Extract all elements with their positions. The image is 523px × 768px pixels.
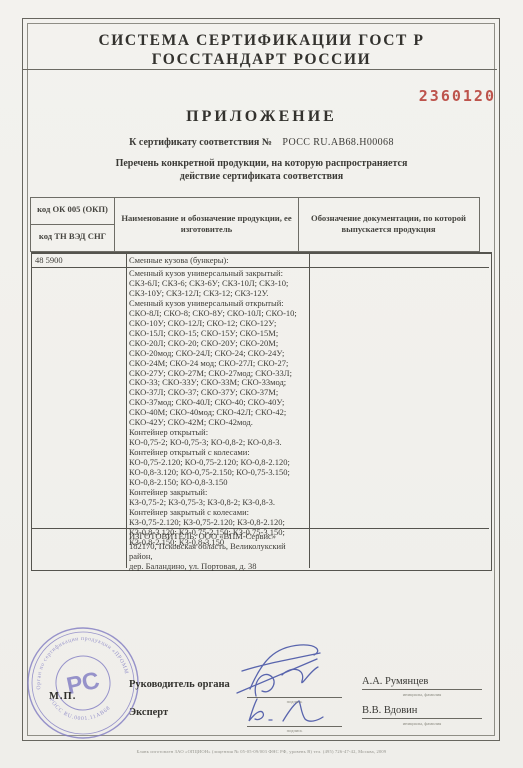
product-section: Сменный кузов универсальный закрытый:СКЗ… [129, 269, 307, 299]
product-section: Контейнер открытый с колесами:КО-0,75-2.… [129, 448, 307, 488]
manufacturer-line1: ИЗГОТОВИТЕЛЬ: ООО «ВПМ-Сервис» [129, 531, 307, 541]
product-section: Контейнер открытый:КО-0,75-2; КО-0,75-3;… [129, 428, 307, 448]
expert-label: Эксперт [129, 707, 168, 718]
subtitle-line2: действие сертификата соответствия [0, 170, 523, 183]
product-list-subtitle: Перечень конкретной продукции, на котору… [0, 157, 523, 183]
form-printer-fine-print: Бланк изготовлен ЗАО «ОПЦИОН» (лицензия … [0, 749, 523, 754]
table-header: код ОК 005 (ОКП) код ТН ВЭД СНГ Наименов… [30, 197, 480, 252]
org-title-line1: СИСТЕМА СЕРТИФИКАЦИИ ГОСТ Р [0, 31, 523, 50]
column-header-product-name: Наименование и обозначение продукции, ее… [117, 213, 296, 234]
expert-signature-caption: подпись [247, 728, 342, 733]
expert-name-caption: инициалы, фамилия [362, 721, 482, 726]
seal-place-label: М.П. [49, 691, 76, 702]
form-serial-number: 2360120 [419, 87, 496, 105]
certificate-number: РОСС RU.АВ68.Н00068 [282, 137, 393, 148]
manufacturer-cell: ИЗГОТОВИТЕЛЬ: ООО «ВПМ-Сервис» 182170, П… [129, 531, 307, 571]
head-signature-line [247, 697, 342, 698]
column-header-documentation: Обозначение документации, по которой вып… [301, 213, 476, 234]
header-column-divider-2 [298, 198, 299, 251]
okp-code-value: 48 5900 [35, 255, 123, 265]
product-table: 48 5900 Сменные кузова (бункеры): Сменны… [31, 252, 492, 571]
code-column-divider [31, 224, 114, 225]
column-header-tnved-code: код ТН ВЭД СНГ [32, 231, 113, 242]
table-column-divider-1 [126, 254, 127, 568]
manufacturer-line2: 182170, Псковская область, Великолукский… [129, 541, 307, 561]
head-name: А.А. Румянцев [362, 676, 482, 690]
certificate-reference-line: К сертификату соответствия № РОСС RU.АВ6… [0, 137, 523, 148]
header-divider [23, 69, 497, 70]
product-group-title: Сменные кузова (бункеры): [129, 255, 307, 265]
product-models: СКО-8Л; СКО-8; СКО-8У; СКО-10Л; СКО-10; … [129, 309, 307, 428]
org-title-line2: ГОССТАНДАРТ РОССИИ [0, 50, 523, 69]
table-column-divider-2 [309, 254, 310, 568]
head-signature-caption: подпись [247, 699, 342, 704]
product-section: Сменный кузов универсальный открытый:СКО… [129, 299, 307, 428]
product-models: КО-0,75-2.120; КО-0,75-2.120; КО-0,8-2.1… [129, 458, 307, 488]
certificate-reference-label: К сертификату соответствия № [129, 137, 272, 148]
product-models: СКЗ-6Л; СКЗ-6; СКЗ-6У; СКЗ-10Л; СКЗ-10; … [129, 279, 307, 299]
expert-name: В.В. Вдовин [362, 705, 482, 719]
certification-stamp: Орган по сертификации продукции «ПРОММАШ… [24, 624, 142, 742]
subtitle-line1: Перечень конкретной продукции, на котору… [0, 157, 523, 170]
header-column-divider-1 [114, 198, 115, 251]
appendix-title: ПРИЛОЖЕНИЕ [0, 108, 523, 126]
column-header-okp-code: код ОК 005 (ОКП) [32, 204, 113, 215]
head-name-caption: инициалы, фамилия [362, 692, 482, 697]
head-of-body-label: Руководитель органа [129, 679, 230, 690]
certification-system-title: СИСТЕМА СЕРТИФИКАЦИИ ГОСТ Р ГОССТАНДАРТ … [0, 31, 523, 69]
expert-signature-line [247, 726, 342, 727]
manufacturer-line3: дер. Баландино, ул. Портовая, д. 38 [129, 561, 307, 571]
certificate-appendix-page: СИСТЕМА СЕРТИФИКАЦИИ ГОСТ Р ГОССТАНДАРТ … [0, 0, 523, 768]
product-sections-list: Сменный кузов универсальный закрытый:СКЗ… [129, 269, 307, 548]
product-section: Контейнер закрытый:КЗ-0,75-2; КЗ-0,75-3;… [129, 488, 307, 508]
